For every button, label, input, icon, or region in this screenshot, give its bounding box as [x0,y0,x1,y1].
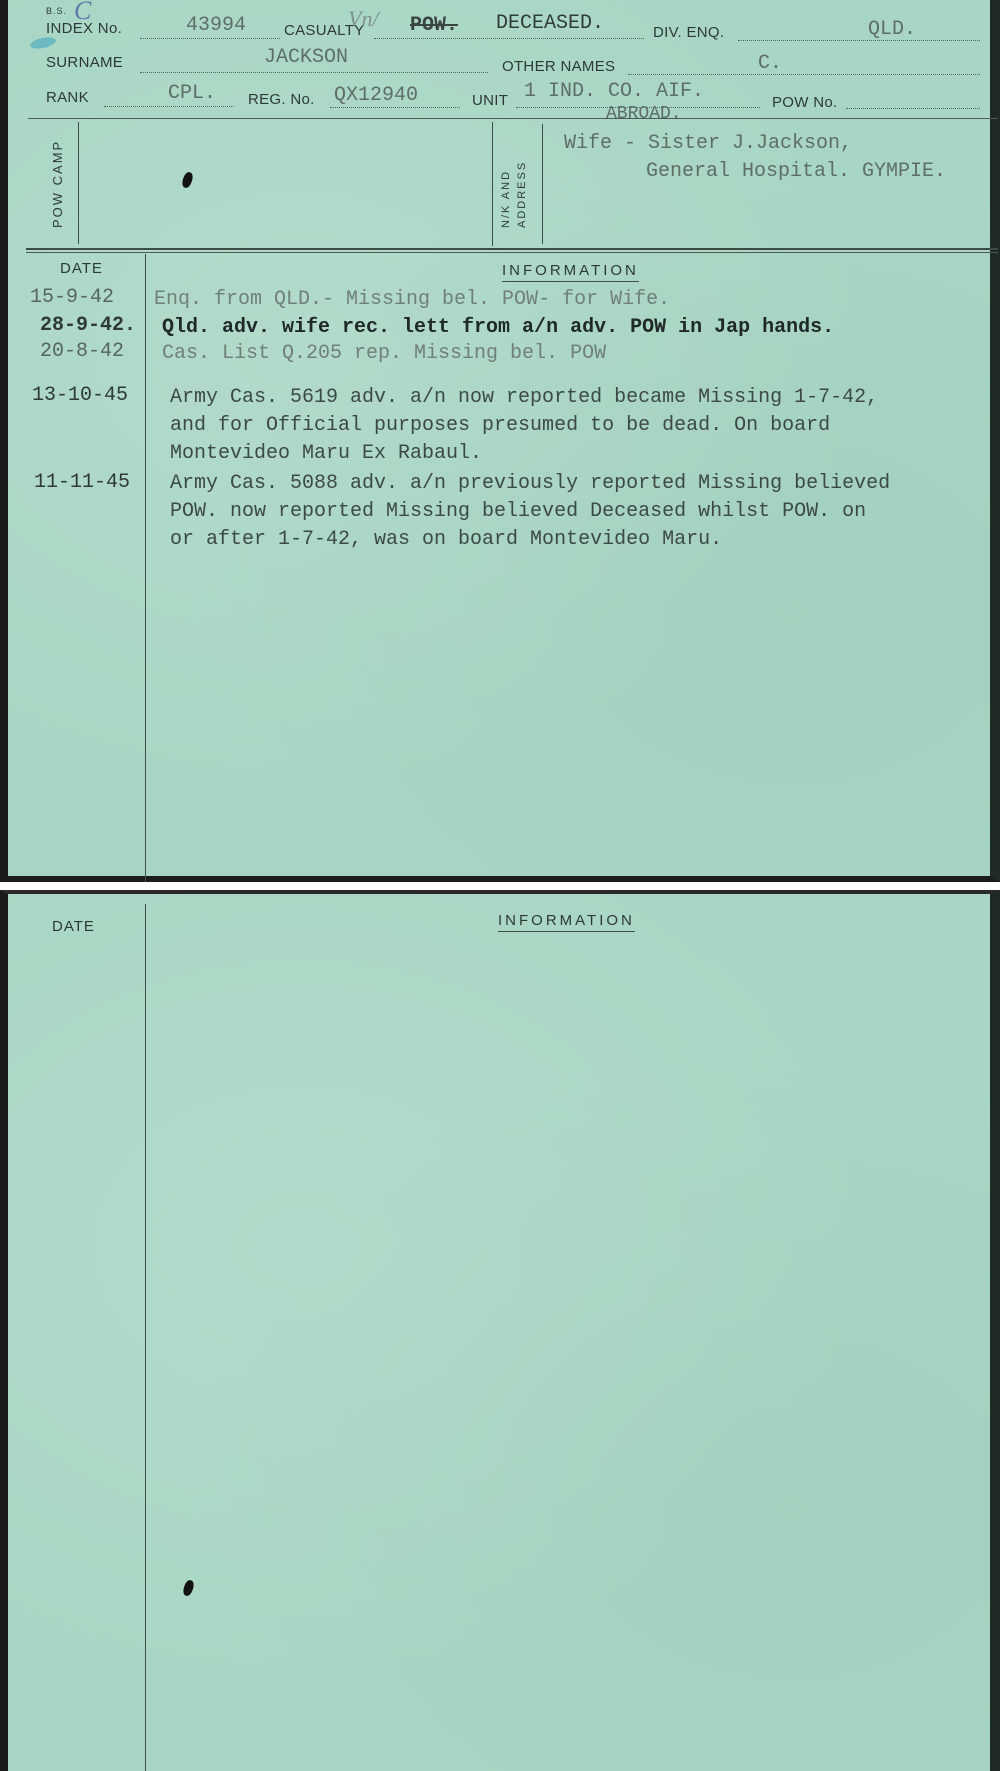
index-dotted-line [140,38,280,39]
rank-label: RANK [46,89,89,106]
div-enq-value: QLD. [868,18,916,41]
surname-dotted-line [140,72,488,73]
nok-left-divider [492,122,493,246]
rank-value: CPL. [168,82,216,105]
nok-address-line2: General Hospital. GYMPIE. [646,160,946,183]
nok-label-line2: ADDRESS [516,161,528,228]
date-heading: DATE [52,918,95,935]
nok-address-line1: Wife - Sister J.Jackson, [564,132,852,155]
ink-smudge [29,35,57,50]
entry-line: Army Cas. 5619 adv. a/n now reported bec… [170,386,878,409]
surname-label: SURNAME [46,54,123,71]
entry-line: and for Official purposes presumed to be… [170,414,830,437]
nok-label-line1: N/K AND [500,170,512,228]
entry-date: 13-10-45 [32,384,128,407]
index-value: 43994 [186,14,246,37]
pow-camp-divider [78,122,79,244]
pow-camp-label: POW CAMP [50,140,65,228]
date-column-divider [145,254,146,882]
pow-no-dotted-line [846,108,980,109]
record-card-back: DATE INFORMATION [0,890,1000,1771]
information-heading: INFORMATION [498,912,635,932]
reg-no-value: QX12940 [334,84,418,107]
surname-value: JACKSON [264,46,348,69]
punch-hole [181,171,195,189]
header-rule [28,118,998,119]
entry-date: 11-11-45 [34,471,130,494]
punch-hole [182,1579,196,1597]
section-double-rule-top [26,248,998,250]
section-double-rule-bottom [26,252,998,253]
entry-date: 20-8-42 [40,340,124,363]
entry-line: Army Cas. 5088 adv. a/n previously repor… [170,472,890,495]
casualty-dotted-line [374,38,644,39]
information-heading: INFORMATION [502,262,639,282]
nok-right-divider [542,124,543,244]
unit-label: UNIT [472,92,508,109]
date-heading: DATE [60,260,103,277]
other-names-dotted-line [628,74,980,75]
div-enq-label: DIV. ENQ. [653,24,724,41]
reg-no-dotted-line [330,107,460,108]
entry-date: 28-9-42. [40,314,136,337]
casualty-handwritten: Vn/ [348,6,379,32]
entry-line: Cas. List Q.205 rep. Missing bel. POW [162,342,606,365]
rank-dotted-line [104,106,234,107]
other-names-value: C. [758,52,782,75]
entry-line: Montevideo Maru Ex Rabaul. [170,442,482,465]
entry-date: 15-9-42 [30,286,114,309]
casualty-value: DECEASED. [496,12,604,35]
entry-line: POW. now reported Missing believed Decea… [170,500,866,523]
bs-label: B.S. [46,6,67,16]
casualty-struck-value: POW. [410,14,458,37]
reg-no-label: REG. No. [248,91,315,108]
other-names-label: OTHER NAMES [502,58,615,75]
pow-no-label: POW No. [772,94,837,111]
entry-line: or after 1-7-42, was on board Montevideo… [170,528,722,551]
date-column-divider [145,904,146,1771]
div-enq-dotted-line [738,40,980,41]
unit-value: 1 IND. CO. AIF. [524,80,704,103]
index-label: INDEX No. [46,20,122,37]
entry-line: Qld. adv. wife rec. lett from a/n adv. P… [162,316,834,339]
entry-line: Enq. from QLD.- Missing bel. POW- for Wi… [154,288,670,311]
record-card-front: B.S. C INDEX No. 43994 CASUALTY Vn/ POW.… [0,0,1000,882]
unit-value-line2: ABROAD. [606,104,682,124]
